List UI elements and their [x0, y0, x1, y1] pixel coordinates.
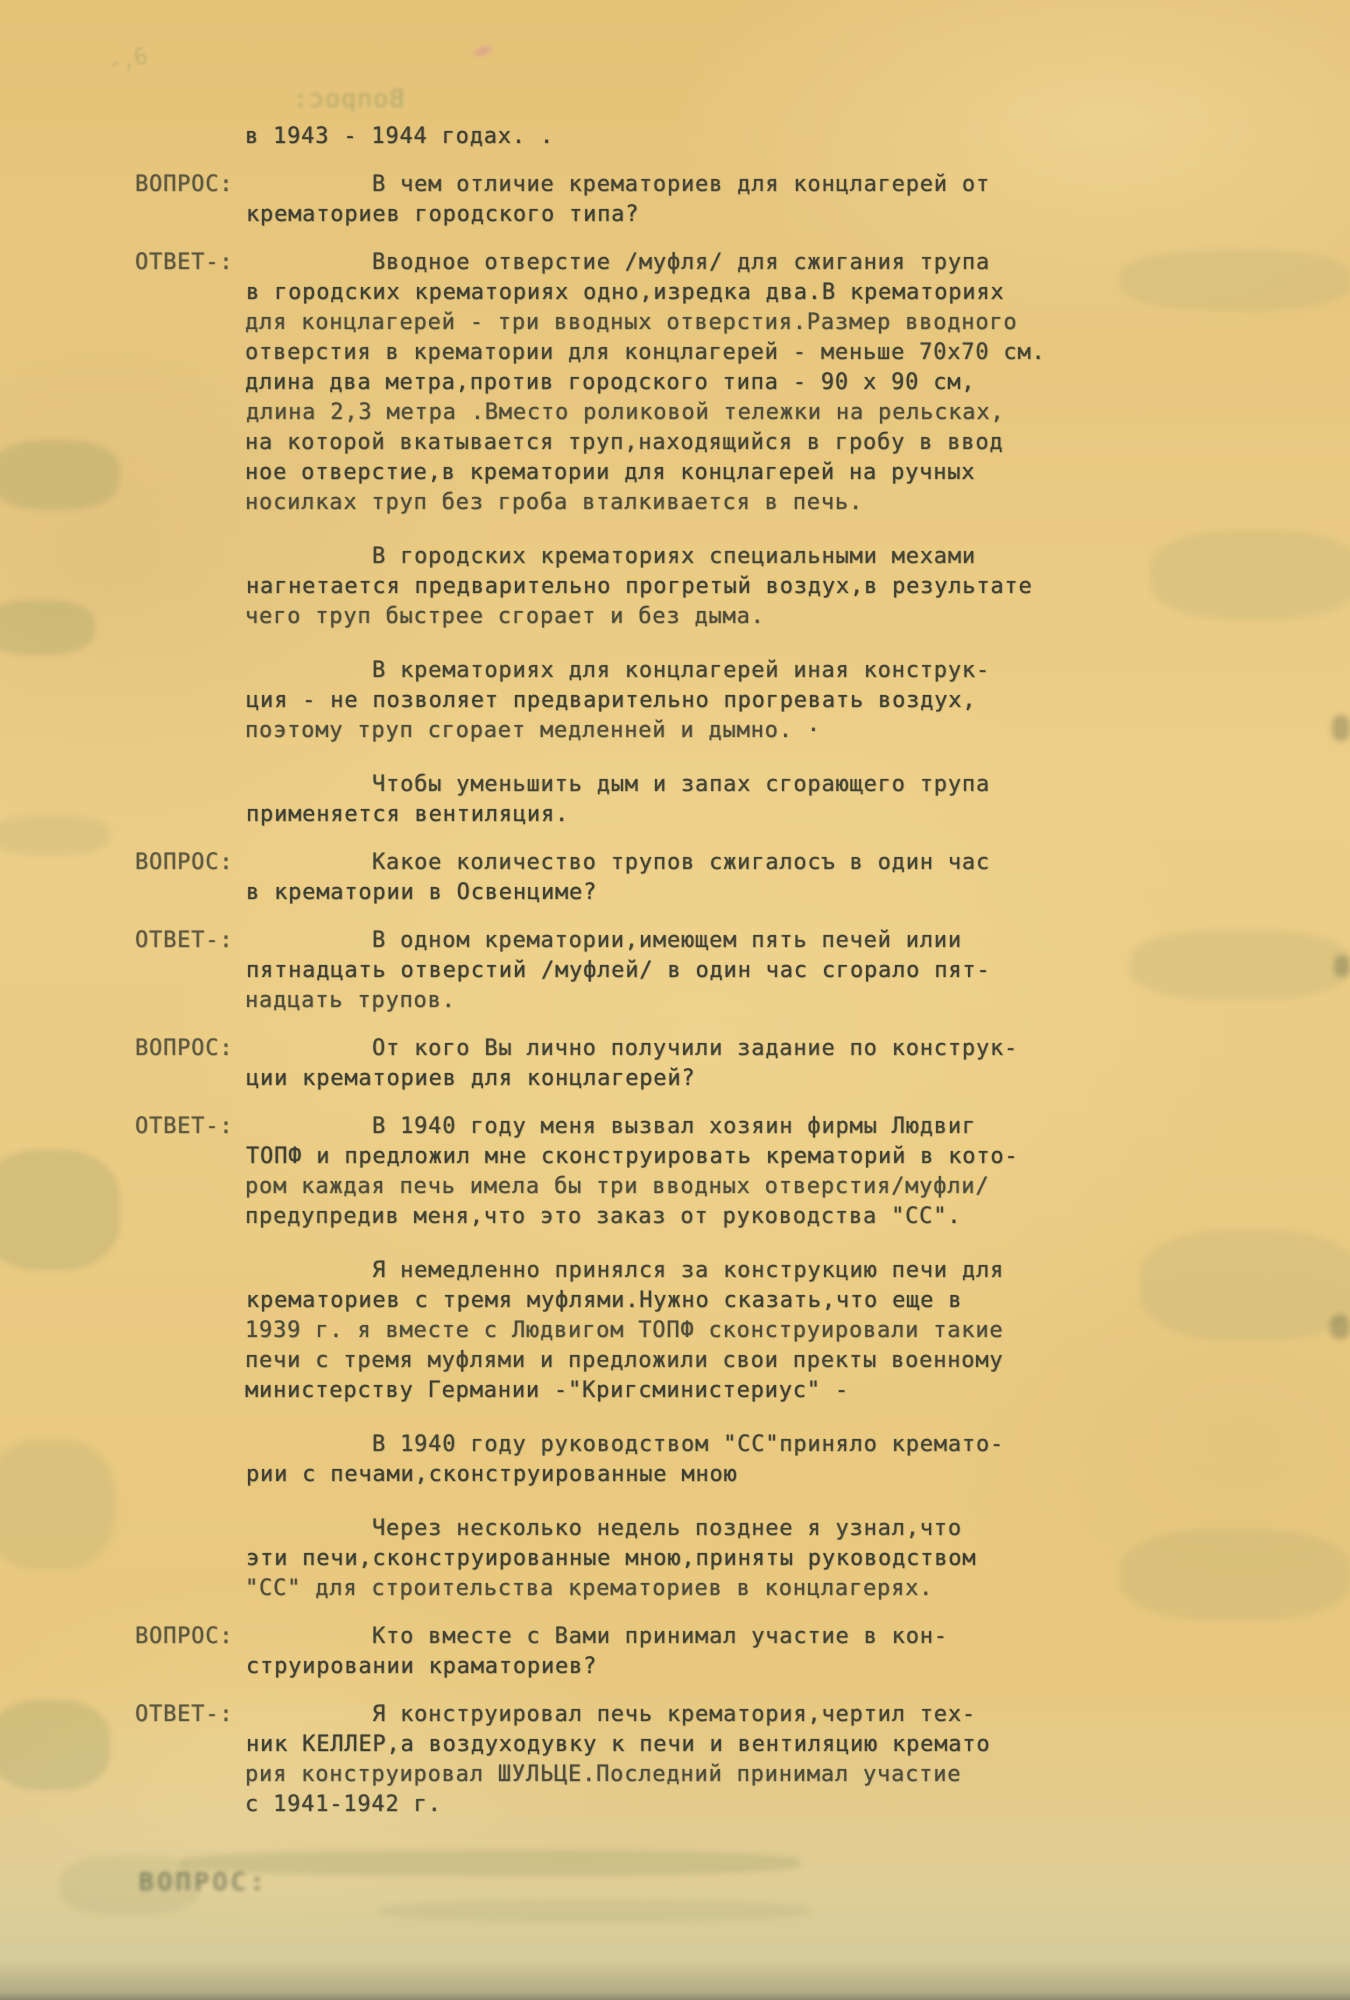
qa-line: В 1940 году руководством "СС"приняло кре… — [245, 1430, 1075, 1460]
qa-paragraph: Чтобы уменьшить дым и запах сгорающего т… — [245, 770, 1075, 830]
qa-label: ОТВЕТ-: — [135, 1112, 245, 1604]
qa-block: ОТВЕТ-:Я конструировал печь крематория,ч… — [135, 1700, 1215, 1820]
qa-line: В городских крематориях специальными мех… — [245, 542, 1075, 572]
qa-paragraph: В 1940 году меня вызвал хозяин фирмы Люд… — [245, 1112, 1075, 1232]
document-page: -,6 Вопрос: ВОПРОС: в 1943 - 1944 годах.… — [0, 0, 1350, 2000]
qa-label: ВОПРОС: — [135, 170, 245, 230]
qa-line: В крематориях для концлагерей иная конст… — [245, 656, 1075, 686]
qa-label: ОТВЕТ-: — [135, 248, 245, 830]
ink-bleed-smudge — [0, 1440, 115, 1570]
edge-mark — [1330, 1315, 1350, 1339]
qa-line: ром каждая печь имела бы три вводных отв… — [245, 1172, 1075, 1202]
qa-line: эти печи,сконструированные мною,приняты … — [246, 1544, 1076, 1574]
ghost-question-label: ВОПРОС: — [138, 1868, 267, 1896]
qa-body: Вводное отверстие /муфля/ для сжигания т… — [245, 248, 1075, 830]
qa-line: носилках труп без гроба вталкивается в п… — [245, 488, 1075, 518]
ink-bleed-smudge — [0, 1150, 120, 1270]
qa-paragraph: Я немедленно принялся за конструкцию печ… — [245, 1256, 1075, 1406]
qa-line: в крематории в Освенциме? — [246, 878, 1076, 908]
qa-paragraph: От кого Вы лично получили задание по кон… — [245, 1034, 1075, 1094]
qa-line: отверстия в крематории для концлагерей -… — [245, 338, 1075, 368]
qa-line: нагнетается предварительно прогретый воз… — [246, 572, 1076, 602]
qa-line: ции крематориев для концлагерей? — [246, 1064, 1076, 1094]
qa-body: Кто вместе с Вами принимал участие в кон… — [245, 1622, 1075, 1682]
qa-label: ВОПРОС: — [135, 1622, 245, 1682]
qa-line: крематориев с тремя муфлями.Нужно сказат… — [246, 1286, 1076, 1316]
qa-paragraph: В чем отличие крематориев для концлагере… — [245, 170, 1075, 230]
qa-line: рии с печами,сконструированные мною — [246, 1460, 1076, 1490]
qa-line: ТОПФ и предложил мне сконструировать кре… — [246, 1142, 1076, 1172]
qa-label: ОТВЕТ-: — [135, 1700, 245, 1820]
qa-line: Через несколько недель позднее я узнал,ч… — [245, 1514, 1075, 1544]
qa-body: В одном крематории,имеющем пять печей ил… — [245, 926, 1075, 1016]
qa-line: Какое количество трупов сжигалосъ в один… — [245, 848, 1075, 878]
ink-bleed-smudge — [0, 1700, 110, 1790]
qa-block: ОТВЕТ-:Вводное отверстие /муфля/ для сжи… — [135, 248, 1215, 830]
qa-line: ник КЕЛЛЕР,а воздуходувку к печи и венти… — [246, 1730, 1076, 1760]
qa-label: ОТВЕТ-: — [135, 926, 245, 1016]
qa-line: рия конструировал ШУЛЬЦЕ.Последний прини… — [245, 1760, 1075, 1790]
qa-paragraph: В городских крематориях специальными мех… — [245, 542, 1075, 632]
qa-line: Я немедленно принялся за конструкцию печ… — [245, 1256, 1075, 1286]
ink-bleed-smudge — [0, 815, 110, 855]
qa-body: От кого Вы лично получили задание по кон… — [245, 1034, 1075, 1094]
qa-label: ВОПРОС: — [135, 1034, 245, 1094]
qa-line: В одном крематории,имеющем пять печей ил… — [245, 926, 1075, 956]
ink-bleed-smudge — [180, 1850, 800, 1876]
qa-paragraph: Вводное отверстие /муфля/ для сжигания т… — [245, 248, 1075, 518]
edge-mark — [1334, 955, 1350, 977]
qa-line: струировании краматориев? — [246, 1652, 1076, 1682]
qa-line: В чем отличие крематориев для концлагере… — [245, 170, 1075, 200]
qa-line: От кого Вы лично получили задание по кон… — [245, 1034, 1075, 1064]
qa-block: ОТВЕТ-:В 1940 году меня вызвал хозяин фи… — [135, 1112, 1215, 1604]
qa-paragraph: В одном крематории,имеющем пять печей ил… — [245, 926, 1075, 1016]
qa-line: предупредив меня,что это заказ от руково… — [245, 1202, 1075, 1232]
qa-line: Чтобы уменьшить дым и запах сгорающего т… — [245, 770, 1075, 800]
qa-block: ВОПРОС:От кого Вы лично получили задание… — [135, 1034, 1215, 1094]
qa-line: поэтому труп сгорает медленней и дымно. … — [245, 716, 1075, 746]
qa-label: ВОПРОС: — [135, 848, 245, 908]
qa-paragraph: В крематориях для концлагерей иная конст… — [245, 656, 1075, 746]
ink-bleed-smudge — [0, 440, 120, 510]
qa-line: "СС" для строительства крематориев в кон… — [245, 1574, 1075, 1604]
qa-body: Какое количество трупов сжигалосъ в один… — [245, 848, 1075, 908]
qa-line: длина 2,3 метра .Вместо роликовой тележк… — [246, 398, 1076, 428]
qa-body: В чем отличие крематориев для концлагере… — [245, 170, 1075, 230]
qa-body: Я конструировал печь крематория,чертил т… — [245, 1700, 1075, 1820]
qa-paragraph: Какое количество трупов сжигалосъ в один… — [245, 848, 1075, 908]
qa-paragraph: В 1940 году руководством "СС"приняло кре… — [245, 1430, 1075, 1490]
qa-blocks: ВОПРОС:В чем отличие крематориев для кон… — [135, 170, 1215, 1820]
qa-block: ВОПРОС:В чем отличие крематориев для кон… — [135, 170, 1215, 230]
qa-line: Я конструировал печь крематория,чертил т… — [245, 1700, 1075, 1730]
qa-line: в городских крематориях одно,изредка два… — [246, 278, 1076, 308]
qa-line: длина два метра,против городского типа -… — [245, 368, 1075, 398]
qa-paragraph: Кто вместе с Вами принимал участие в кон… — [245, 1622, 1075, 1682]
qa-paragraph: Я конструировал печь крематория,чертил т… — [245, 1700, 1075, 1820]
qa-block: ВОПРОС:Какое количество трупов сжигалосъ… — [135, 848, 1215, 908]
qa-line: пятнадцать отверстий /муфлей/ в один час… — [246, 956, 1076, 986]
qa-line: Вводное отверстие /муфля/ для сжигания т… — [245, 248, 1075, 278]
qa-line: министерству Германии -"Кригсминистериус… — [245, 1376, 1075, 1406]
qa-line: с 1941-1942 г. — [245, 1790, 1075, 1820]
qa-line: ное отверстие,в крематории для концлагер… — [245, 458, 1075, 488]
ink-bleed-smudge — [380, 1900, 810, 1922]
qa-line: ция - не позволяет предварительно прогре… — [246, 686, 1076, 716]
qa-line: чего труп быстрее сгорает и без дыма. — [245, 602, 1075, 632]
qa-line: для концлагерей - три вводных отверстия.… — [245, 308, 1075, 338]
qa-body: В 1940 году меня вызвал хозяин фирмы Люд… — [245, 1112, 1075, 1604]
qa-line: применяется вентиляция. — [246, 800, 1076, 830]
edge-mark — [1332, 715, 1350, 741]
qa-line: надцать трупов. — [245, 986, 1075, 1016]
qa-line: 1939 г. я вместе с Людвигом ТОПФ сконстр… — [245, 1316, 1075, 1346]
ink-bleed-smudge — [0, 600, 95, 655]
qa-block: ОТВЕТ-:В одном крематории,имеющем пять п… — [135, 926, 1215, 1016]
qa-line: крематориев городского типа? — [246, 200, 1076, 230]
qa-line: печи с тремя муфлями и предложили свои п… — [245, 1346, 1075, 1376]
qa-line: В 1940 году меня вызвал хозяин фирмы Люд… — [245, 1112, 1075, 1142]
qa-line: на которой вкатывается труп,находящийся … — [245, 428, 1075, 458]
typewritten-text: в 1943 - 1944 годах. . ВОПРОС:В чем отли… — [135, 0, 1215, 1820]
qa-line: Кто вместе с Вами принимал участие в кон… — [245, 1622, 1075, 1652]
date-heading: в 1943 - 1944 годах. . — [245, 122, 1215, 152]
qa-paragraph: Через несколько недель позднее я узнал,ч… — [245, 1514, 1075, 1604]
qa-block: ВОПРОС:Кто вместе с Вами принимал участи… — [135, 1622, 1215, 1682]
